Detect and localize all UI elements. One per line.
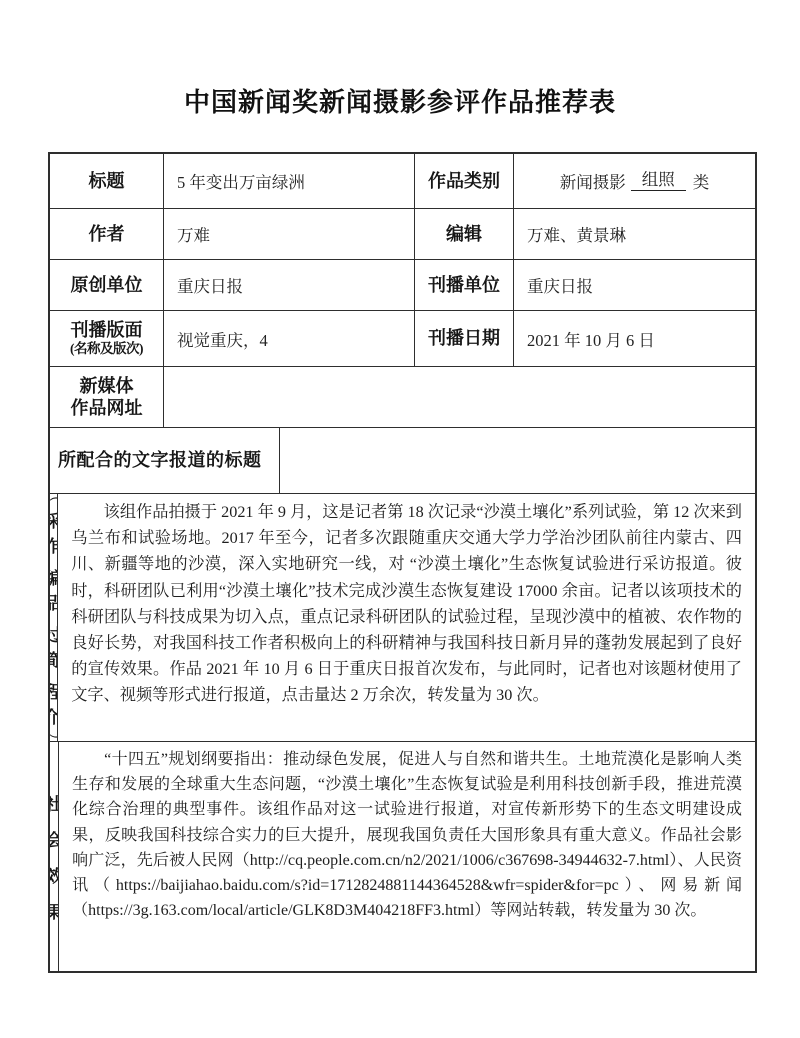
- field-label-publish-page: 刊播版面 (名称及版次): [50, 311, 164, 366]
- process-label-row: 采作: [50, 507, 58, 557]
- field-value-social-effect: “十四五”规划纲要指出：推动绿色发展，促进人与自然和谐共生。土地荒漠化是影响人类…: [59, 742, 755, 971]
- row-social-effect: 社 会 效 果 “十四五”规划纲要指出：推动绿色发展，促进人与自然和谐共生。土地…: [50, 742, 755, 971]
- new-media-label-line2: 作品网址: [71, 397, 143, 420]
- field-label-new-media-url: 新媒体 作品网址: [50, 367, 164, 427]
- recommendation-form-table: 标题 5 年变出万亩绿洲 作品类别 新闻摄影组照类 作者 万难 编辑 万难、黄景…: [48, 152, 757, 973]
- field-label-title: 标题: [50, 154, 164, 208]
- field-value-category: 新闻摄影组照类: [514, 154, 755, 208]
- field-value-new-media-url: [164, 367, 755, 427]
- process-intro-paragraph: 该组作品拍摄于 2021 年 9 月，这是记者第 18 次记录“沙漠土壤化”系列…: [71, 499, 742, 709]
- field-label-publish-date: 刊播日期: [415, 311, 514, 366]
- row-text-report-title: 所配合的文字报道的标题: [50, 428, 755, 494]
- social-label-char: 果: [50, 898, 59, 923]
- field-value-publish-page: 视觉重庆，4: [164, 311, 415, 366]
- social-label-char: 效: [50, 862, 59, 887]
- publish-page-label-line2: (名称及版次): [70, 341, 143, 358]
- process-label-row: 过简: [50, 621, 58, 671]
- row-units: 原创单位 重庆日报 刊播单位 重庆日报: [50, 260, 755, 311]
- category-suffix: 类: [693, 169, 710, 193]
- row-title-category: 标题 5 年变出万亩绿洲 作品类别 新闻摄影组照类: [50, 154, 755, 209]
- new-media-label-line1: 新媒体: [80, 375, 134, 398]
- social-label-char: 会: [50, 826, 59, 851]
- document-title: 中国新闻奖新闻摄影参评作品推荐表: [0, 82, 800, 119]
- row-process-intro: （ 采作 编品 过简 程介 ） 该组作品拍摄于 2021 年 9 月，这是记者第…: [50, 494, 755, 742]
- row-author-editor: 作者 万难 编辑 万难、黄景琳: [50, 209, 755, 260]
- process-label-paren-close: ）: [50, 732, 58, 741]
- social-effect-paragraph: “十四五”规划纲要指出：推动绿色发展，促进人与自然和谐共生。土地荒漠化是影响人类…: [72, 747, 742, 923]
- field-value-publish-unit: 重庆日报: [514, 260, 755, 310]
- field-value-title: 5 年变出万亩绿洲: [164, 154, 415, 208]
- field-value-editor: 万难、黄景琳: [514, 209, 755, 259]
- field-value-publish-date: 2021 年 10 月 6 日: [514, 311, 755, 366]
- field-value-text-report-title: [280, 428, 755, 493]
- publish-page-label-line1: 刊播版面: [71, 319, 143, 342]
- social-label-char: 社: [50, 790, 59, 815]
- field-label-text-report-title: 所配合的文字报道的标题: [50, 428, 280, 493]
- process-label-row: 编品: [50, 564, 58, 614]
- field-label-category: 作品类别: [415, 154, 514, 208]
- field-label-process-intro: （ 采作 编品 过简 程介 ）: [50, 494, 58, 741]
- field-label-original-unit: 原创单位: [50, 260, 164, 310]
- field-label-social-effect: 社 会 效 果: [50, 742, 59, 971]
- field-value-process-intro: 该组作品拍摄于 2021 年 9 月，这是记者第 18 次记录“沙漠土壤化”系列…: [58, 494, 755, 741]
- field-value-original-unit: 重庆日报: [164, 260, 415, 310]
- process-label-row: 程介: [50, 678, 58, 728]
- field-label-author: 作者: [50, 209, 164, 259]
- category-blank-underline: 组照: [631, 171, 686, 191]
- field-label-publish-unit: 刊播单位: [415, 260, 514, 310]
- field-value-author: 万难: [164, 209, 415, 259]
- row-page-date: 刊播版面 (名称及版次) 视觉重庆，4 刊播日期 2021 年 10 月 6 日: [50, 311, 755, 367]
- field-label-editor: 编辑: [415, 209, 514, 259]
- row-new-media-url: 新媒体 作品网址: [50, 367, 755, 428]
- process-label-paren-open: （: [50, 494, 58, 503]
- category-prefix: 新闻摄影: [560, 169, 626, 193]
